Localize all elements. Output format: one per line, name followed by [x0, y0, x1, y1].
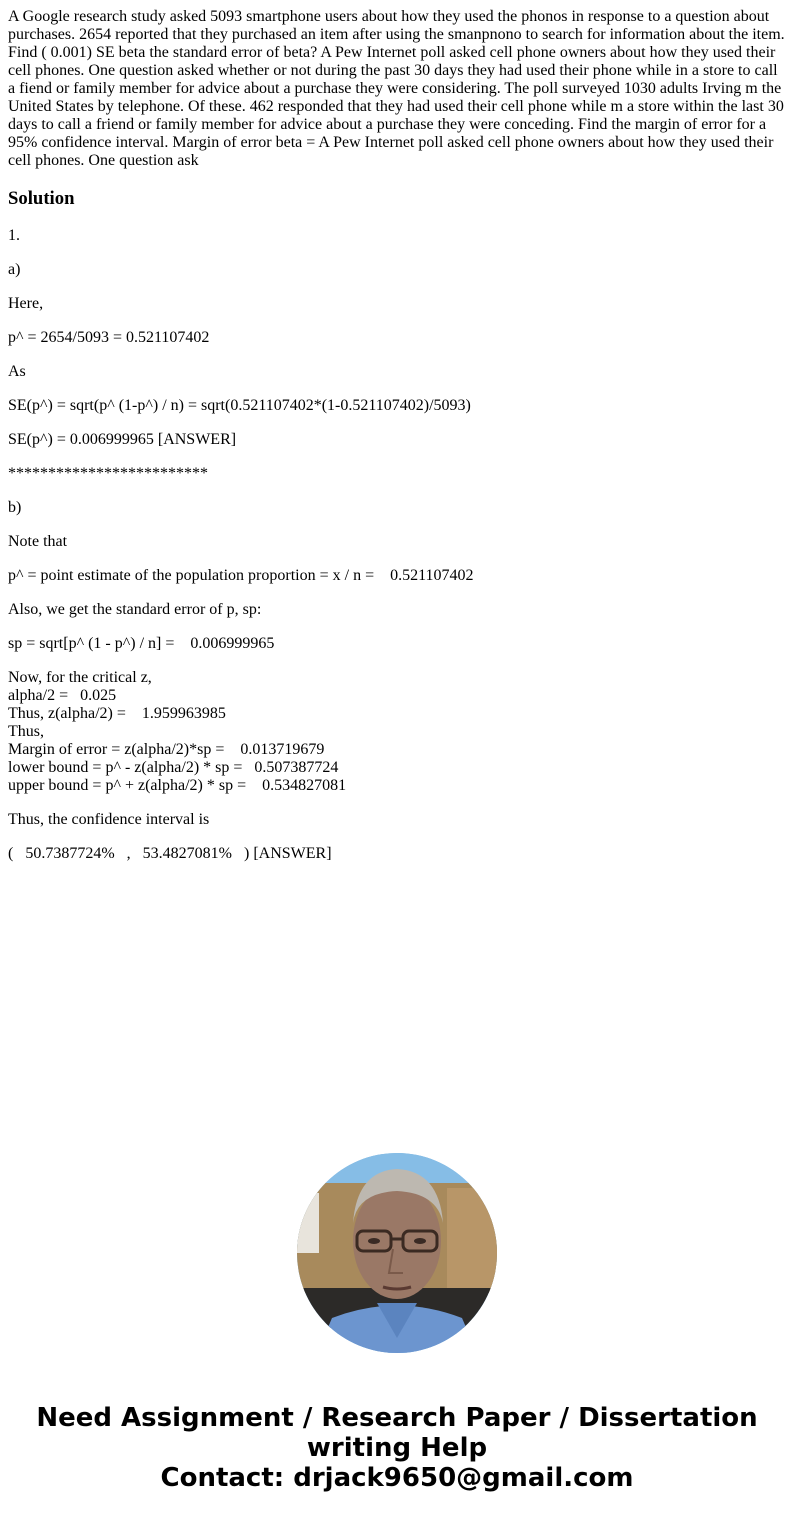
promo-footer: Need Assignment / Research Paper / Disse…	[0, 1403, 794, 1493]
calc-line: Thus,	[8, 723, 786, 741]
point-estimate-line: p^ = point estimate of the population pr…	[8, 567, 786, 585]
part-a-label: a)	[8, 261, 786, 279]
promo-line-1: Need Assignment / Research Paper / Disse…	[0, 1403, 794, 1433]
se-formula: SE(p^) = sqrt(p^ (1-p^) / n) = sqrt(0.52…	[8, 397, 786, 415]
p-hat-line: p^ = 2654/5093 = 0.521107402	[8, 329, 786, 347]
part-b-label: b)	[8, 499, 786, 517]
calc-line: alpha/2 = 0.025	[8, 687, 786, 705]
calc-line: Now, for the critical z,	[8, 669, 786, 687]
calculation-block: Now, for the critical z, alpha/2 = 0.025…	[8, 669, 786, 795]
separator: *************************	[8, 465, 786, 483]
part-b-note: Note that	[8, 533, 786, 551]
ci-result: ( 50.7387724% , 53.4827081% ) [ANSWER]	[8, 845, 786, 863]
calc-line: Margin of error = z(alpha/2)*sp = 0.0137…	[8, 741, 786, 759]
calc-line: upper bound = p^ + z(alpha/2) * sp = 0.5…	[8, 777, 786, 795]
sp-line: sp = sqrt[p^ (1 - p^) / n] = 0.006999965	[8, 635, 786, 653]
as-text: As	[8, 363, 786, 381]
se-answer: SE(p^) = 0.006999965 [ANSWER]	[8, 431, 786, 449]
solution-heading: Solution	[8, 188, 786, 210]
document: A Google research study asked 5093 smart…	[0, 0, 794, 863]
calc-line: Thus, z(alpha/2) = 1.959963985	[8, 705, 786, 723]
part-number: 1.	[8, 227, 786, 245]
author-avatar	[297, 1153, 497, 1353]
calc-line: lower bound = p^ - z(alpha/2) * sp = 0.5…	[8, 759, 786, 777]
part-a-here: Here,	[8, 295, 786, 313]
question-text: A Google research study asked 5093 smart…	[8, 8, 786, 170]
contact-email[interactable]: Contact: drjack9650@gmail.com	[0, 1463, 794, 1493]
ci-intro: Thus, the confidence interval is	[8, 811, 786, 829]
author-portrait-icon	[297, 1153, 497, 1353]
standard-error-intro: Also, we get the standard error of p, sp…	[8, 601, 786, 619]
promo-line-2: writing Help	[0, 1433, 794, 1463]
